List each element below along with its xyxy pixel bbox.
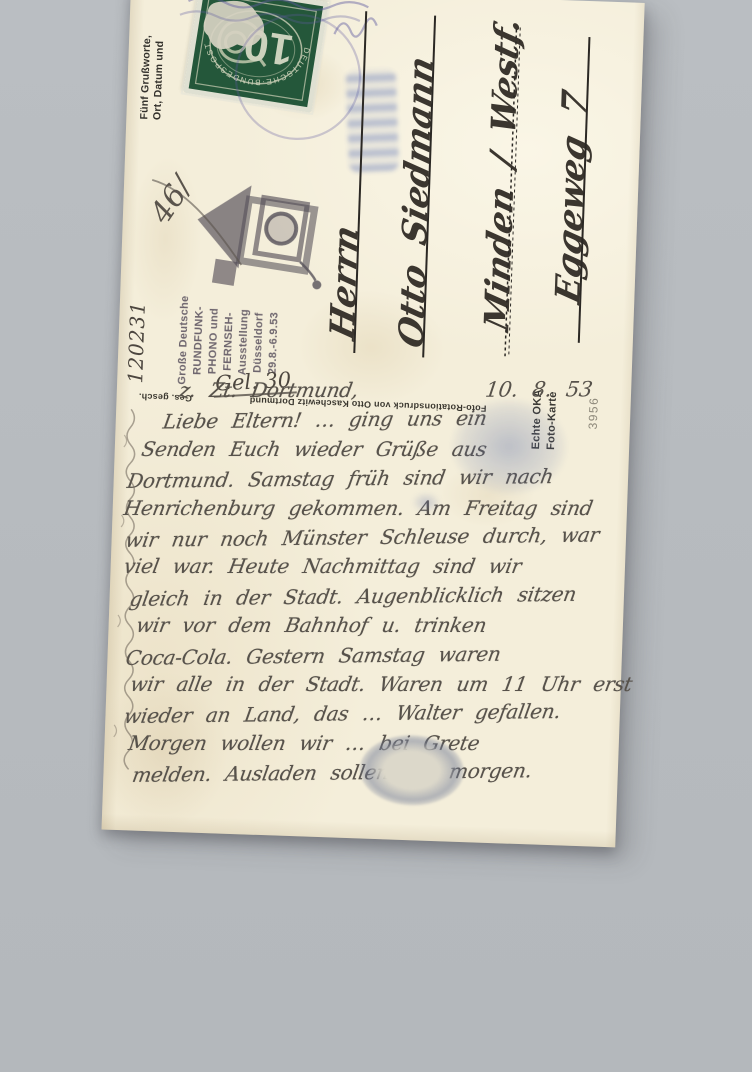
message-line: Coca-Cola. Gestern Samstag waren — [122, 638, 632, 673]
message-line: Henrichenburg gekommen. Am Freitag sind — [121, 494, 630, 523]
pencil-collector-number: 120231 — [123, 271, 151, 384]
message-line: Liebe Eltern! … ging uns ein — [121, 403, 631, 438]
message-line: wir vor dem Bahnhof u. trinken — [122, 611, 631, 640]
address-text: Otto Siedmann — [391, 53, 441, 362]
message-line: gleich in der Stadt. Augenblicklich sitz… — [121, 579, 631, 614]
address-text: Eggeweg 7 — [547, 87, 595, 348]
pencil-corner-note: 46/ — [144, 170, 200, 230]
message-line: wir alle in der Stadt. Waren um 11 Uhr e… — [122, 670, 631, 699]
message-line: Senden Euch wieder Grüße aus — [121, 435, 630, 464]
address-line-1: Herrn — [297, 9, 367, 353]
address-line-3: Minden / Westf. — [451, 25, 520, 357]
message-line: viel war. Heute Nachmittag sind wir — [122, 553, 631, 582]
address-text: Herrn — [322, 222, 366, 358]
message-line: wieder an Land, das … Walter gefallen. — [122, 697, 632, 732]
sender-hint-imprint: Fünf Grußworte, Ort, Datum und — [138, 5, 168, 120]
message-line: wir nur noch Münster Schleuse durch, war — [121, 520, 631, 555]
address-text: Minden / Westf. — [476, 14, 527, 361]
handwritten-message: 10. 8. 53 z. Zt. Dortmund, Liebe Eltern!… — [123, 375, 628, 788]
postcard-scan: DEUTSCHE·BUNDESPOST 10 — [0, 0, 752, 1072]
address-line-2: Otto Siedmann — [366, 14, 436, 358]
postcard-back: DEUTSCHE·BUNDESPOST 10 — [102, 0, 645, 847]
message-line: z. Zt. Dortmund, — [121, 376, 630, 405]
message-line: Dortmund. Samstag früh sind wir nach — [121, 461, 631, 496]
message-line: melden. Ausladen sollen wir morgen. — [122, 756, 632, 791]
address-line-4: Eggeweg 7 — [522, 35, 591, 343]
message-line: Morgen wollen wir … bei Grete — [122, 729, 631, 758]
sender-hint-line: Ort, Datum und — [151, 6, 168, 120]
